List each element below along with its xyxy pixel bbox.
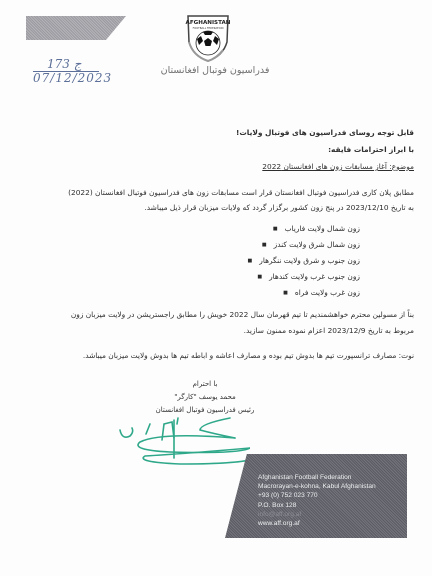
reference-date: 07/12/2023 [33,72,112,85]
zone-item: زون شمال شرق ولایت کندز [248,237,360,253]
zone-item: زون جنوب غرب ولایت کندهار [248,269,360,285]
aff-logo: AFGHANISTAN FOOTBALL FEDERATION [183,12,233,62]
footer-pobox: P.O. Box 128 [258,501,376,510]
letter-addressee: قابل توجه روسای فدراسیون های فوتبال ولای… [236,127,414,138]
handwritten-reference: 173 ج 07/12/2023 [33,58,112,85]
paragraph-2-line-1: بناً از مسولین محترم خواهشمندیم تا تیم ق… [71,309,414,320]
handwritten-signature [50,410,250,470]
letter-subject: موضوع: آغاز مسابقات زون های افغانستان 20… [262,161,414,172]
letter-note: نوت: مصارف ترانسپورت تیم ها بدوش تیم بود… [83,350,414,361]
signatory-name: محمد یوسف "کارگر" [140,391,270,404]
closing-text: با احترام [140,378,270,391]
svg-text:AFGHANISTAN: AFGHANISTAN [186,20,231,26]
paragraph-1-line-1: مطابق پلان کاری فدراسیون فوتبال افغانستا… [68,187,414,198]
paragraph-2-line-2: مربوط به تاریخ 2023/12/9 اعزام نموده ممن… [244,325,414,336]
footer-org-name: Afghanistan Football Federation [258,473,376,482]
zone-item: زون جنوب و شرق ولایت ننگرهار [248,253,360,269]
header-decorative-band [26,16,126,40]
footer-contact-info: Afghanistan Football Federation Macroray… [258,473,376,528]
svg-text:FOOTBALL FEDERATION: FOOTBALL FEDERATION [193,26,224,30]
footer-website[interactable]: www.aff.org.af [258,519,376,528]
footer-email: info@aff.org.af [258,510,376,519]
reference-number: 173 ج [33,58,99,72]
letter-greeting: با ابراز احترامات فایقه: [328,144,414,155]
federation-name-caption: فدراسیون فوتبال افغانستان [140,65,290,76]
footer-address: Macrorayan-e-kohna, Kabul Afghanistan [258,482,376,491]
paragraph-1-line-2: به تاریخ 2023/12/10 در پنج زون کشور برگز… [144,202,414,213]
zone-item: زون شمال ولایت فاریاب [248,221,360,237]
host-zones-list: زون شمال ولایت فاریاب زون شمال شرق ولایت… [248,221,360,301]
football-shield-icon: AFGHANISTAN FOOTBALL FEDERATION [183,12,233,62]
zone-item: زون غرب ولایت فراه [248,285,360,301]
footer-phone: +93 (0) 752 023 770 [258,491,376,500]
